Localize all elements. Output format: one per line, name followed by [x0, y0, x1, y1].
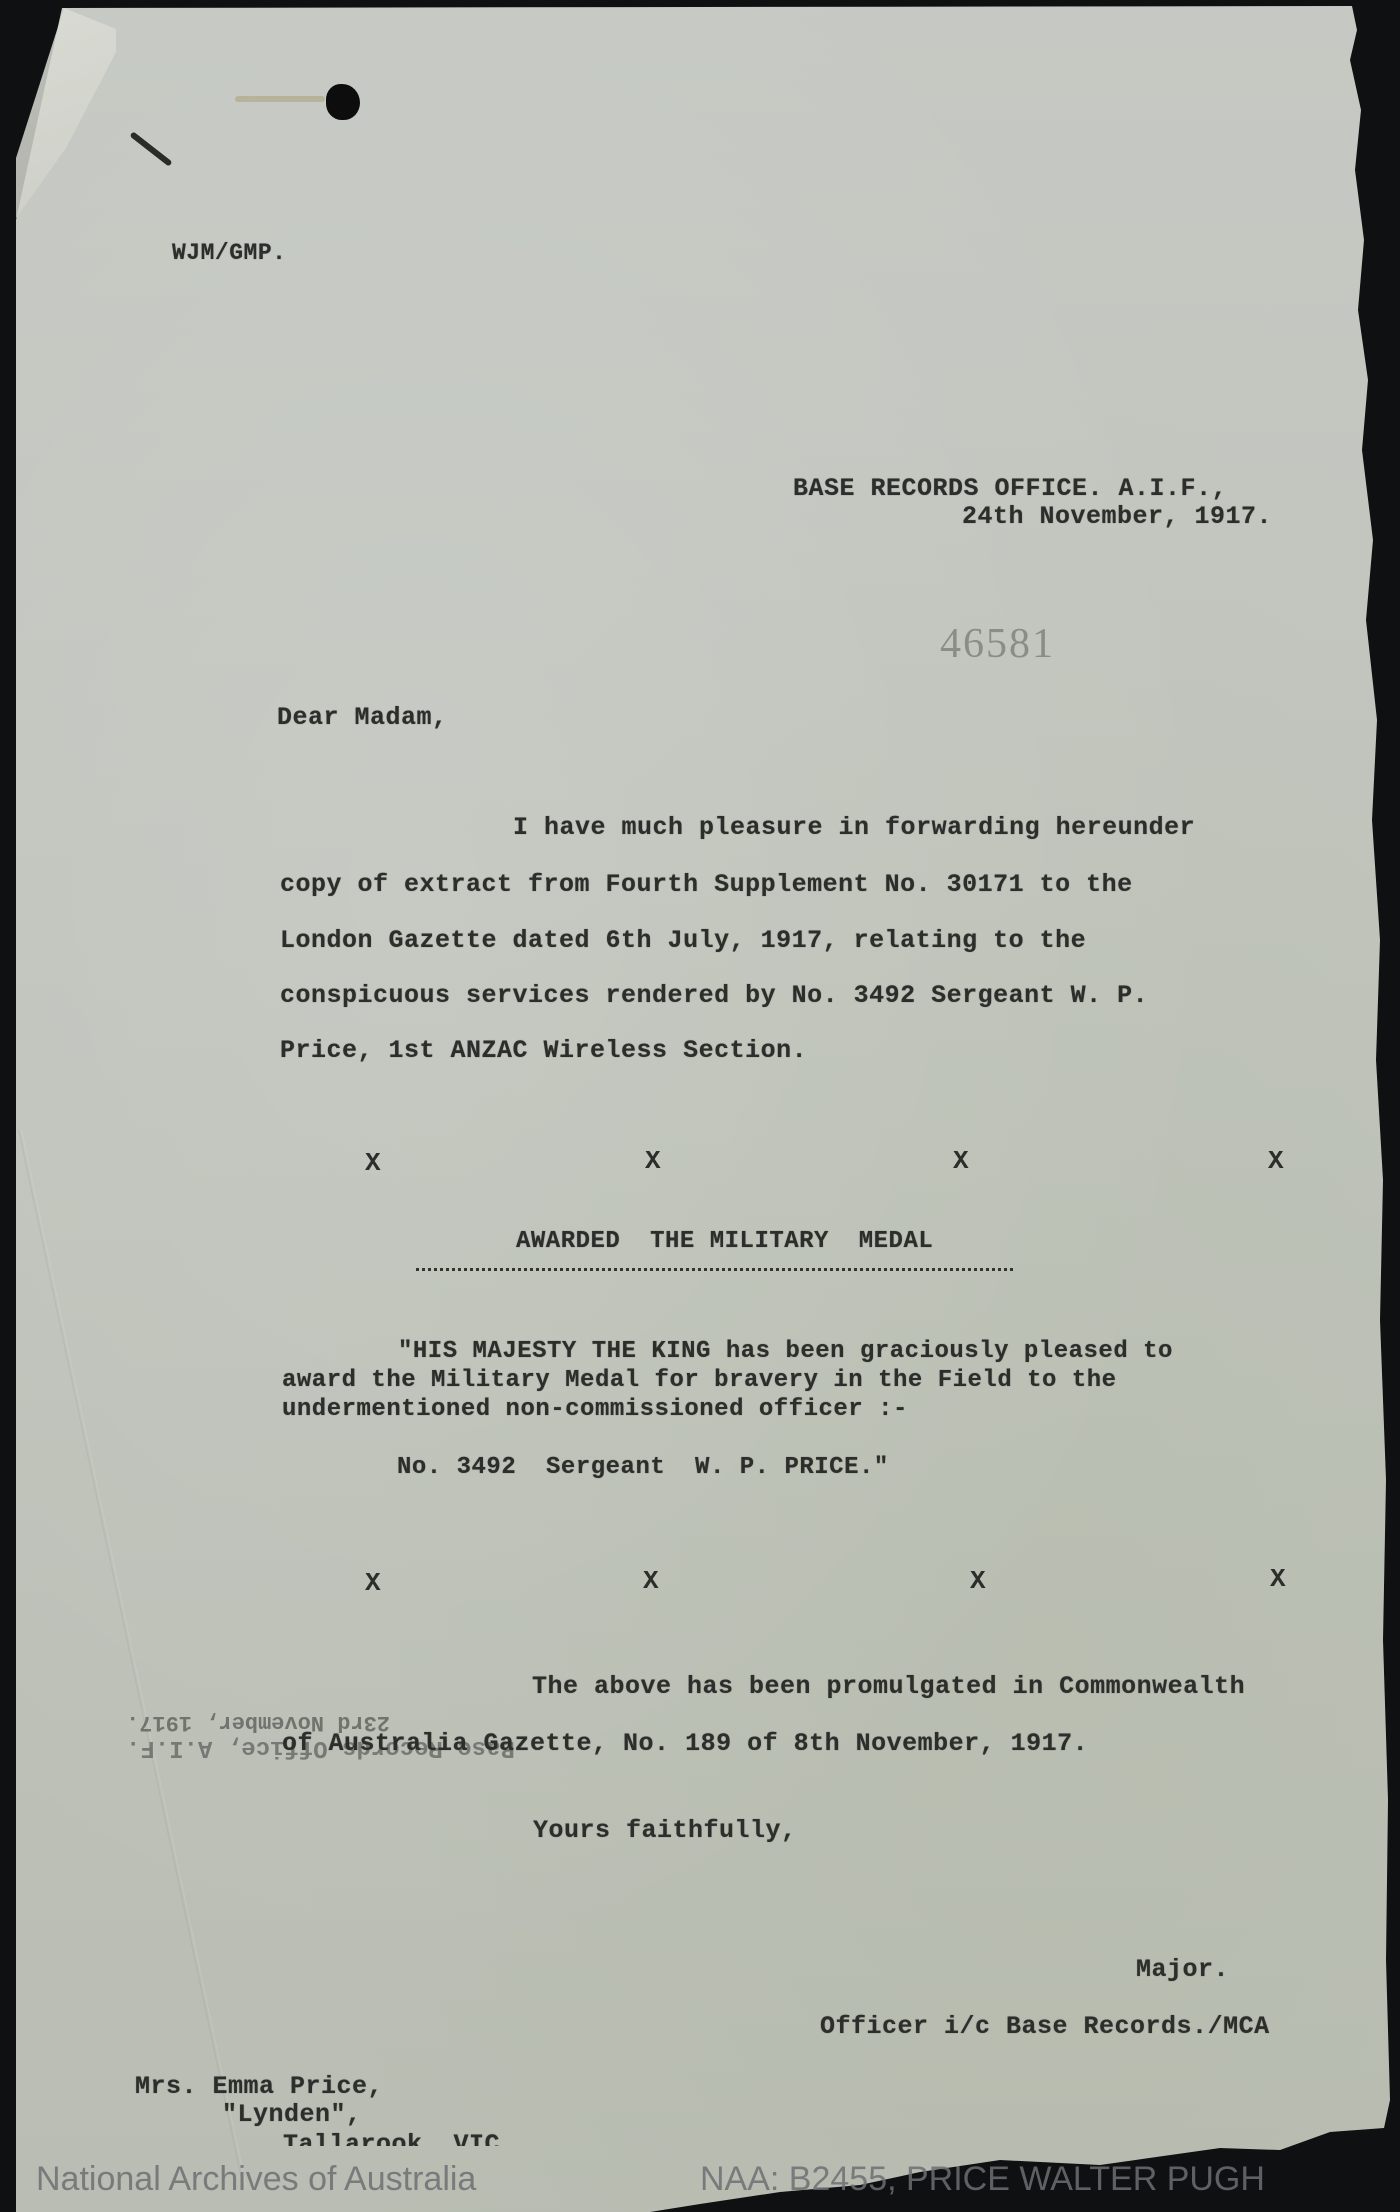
letter-date: 24th November, 1917.	[962, 502, 1272, 531]
citation-line: "HIS MAJESTY THE KING has been graciousl…	[398, 1338, 1173, 1365]
promulgation-line: The above has been promulgated in Common…	[532, 1672, 1245, 1701]
reference-code: WJM/GMP.	[172, 240, 286, 266]
separator-x: X	[643, 1566, 659, 1596]
citation-line: award the Military Medal for bravery in …	[282, 1367, 1117, 1394]
citation-line: undermentioned non-commissioned officer …	[282, 1396, 908, 1423]
body-line: copy of extract from Fourth Supplement N…	[280, 870, 1133, 899]
separator-x: X	[970, 1566, 986, 1596]
letter-page	[0, 0, 1400, 2212]
addressee-line: Mrs. Emma Price,	[135, 2072, 383, 2101]
body-line: Price, 1st ANZAC Wireless Section.	[280, 1036, 807, 1065]
file-number-stamp: 46581	[940, 620, 1055, 668]
signatory-initials: /MCA	[1208, 2012, 1270, 2041]
award-heading: AWARDED THE MILITARY MEDAL	[516, 1228, 933, 1255]
stain-mark	[235, 96, 325, 102]
separator-x: X	[1270, 1564, 1286, 1594]
punch-hole	[326, 84, 360, 120]
record-citation-watermark: NAA: B2455, PRICE WALTER PUGH	[700, 2160, 1265, 2199]
body-line: conspicuous services rendered by No. 349…	[280, 981, 1148, 1010]
separator-x: X	[953, 1146, 969, 1176]
archive-watermark: National Archives of Australia	[36, 2160, 476, 2199]
separator-x: X	[645, 1146, 661, 1176]
salutation: Dear Madam,	[277, 703, 448, 732]
body-line: I have much pleasure in forwarding hereu…	[513, 813, 1195, 842]
body-line: London Gazette dated 6th July, 1917, rel…	[280, 926, 1086, 955]
signatory-title: Officer i/c Base Records./MCA	[820, 2012, 1270, 2041]
signatory-title-text: Officer i/c Base Records.	[820, 2012, 1208, 2041]
heading-underline	[416, 1268, 1013, 1271]
sender-office: BASE RECORDS OFFICE. A.I.F.,	[793, 474, 1227, 503]
separator-x: X	[365, 1568, 381, 1598]
addressee-line: "Lynden",	[222, 2100, 362, 2129]
citation-recipient: No. 3492 Sergeant W. P. PRICE."	[397, 1454, 889, 1481]
closing: Yours faithfully,	[533, 1816, 797, 1845]
separator-x: X	[1268, 1146, 1284, 1176]
separator-x: X	[365, 1148, 381, 1178]
signatory-rank: Major.	[1136, 1955, 1229, 1984]
promulgation-line: of Australia Gazette, No. 189 of 8th Nov…	[282, 1729, 1088, 1758]
